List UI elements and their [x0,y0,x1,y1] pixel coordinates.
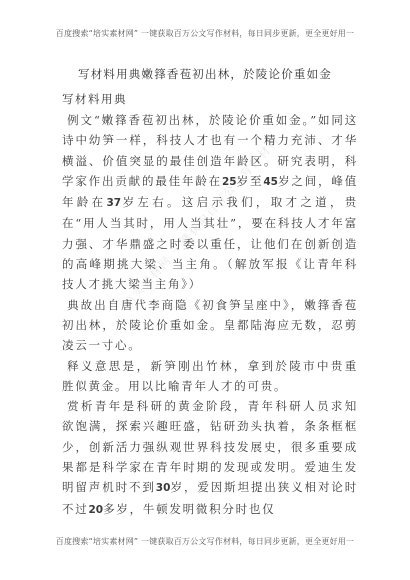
paragraph-example: 例文“嫩箨香苞初出林，於陵论价重如金。”如同这诗中幼笋一样，科技人才也有一个精力… [62,110,358,295]
footer-banner: 百度搜索“培实素材网” 一键获取百万公文写作材料，每日同步更新，更全更好用一 [0,536,410,547]
number: 45 [263,176,278,188]
paragraph-analysis: 赏析青年是科研的黄金阶段，青年科研人员求知欲饱满，探索兴趣旺盛，钻研劲头执着，条… [62,396,358,520]
number: 37 [106,197,121,209]
document-title: 写材料用典嫩箨香苞初出林，於陵论价重如金 [0,66,410,82]
header-banner: 百度搜索“培实素材网” 一键获取百万公文写作材料，每日同步更新，更全更好用一 [0,28,410,39]
number: 30 [156,482,171,494]
paragraph-meaning: 释义意思是，新笋刚出竹林，拿到於陵市中贵重胜似黄金。用以比喻青年人才的可贵。 [62,356,358,397]
number: 20 [89,504,104,516]
paragraph-origin: 典故出自唐代李商隐《初食笋呈座中》，嫩箨香苞初出林，於陵论价重如金。皇都陆海应无… [62,295,358,356]
section-heading: 写材料用典 [62,91,127,107]
number: 25 [222,176,237,188]
document-body: 例文“嫩箨香苞初出林，於陵论价重如金。”如同这诗中幼笋一样，科技人才也有一个精力… [62,110,358,520]
